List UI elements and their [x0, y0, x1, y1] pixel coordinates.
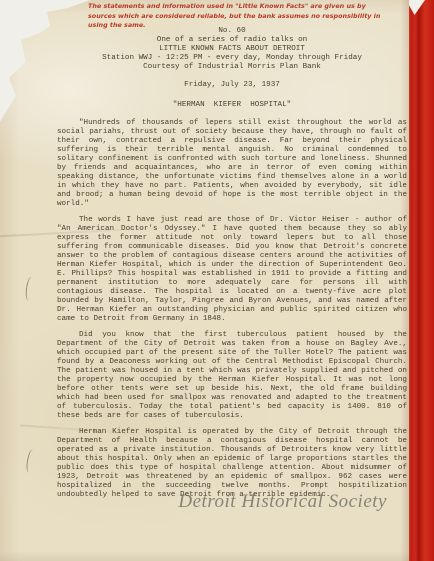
issue-number: No. 60	[57, 27, 407, 36]
red-binding-stripe	[405, 0, 434, 561]
staple-mark-bottom	[25, 448, 37, 473]
watermark: Detroit Historical Society	[178, 491, 387, 513]
text-column: No. 60 One of a series of radio talks on…	[57, 27, 407, 507]
paragraph-first-patient: Did you know that the first tuberculous …	[57, 331, 407, 421]
paper-page: The statements and information used in "…	[0, 0, 409, 561]
date-line: Friday, July 23, 1937	[57, 81, 407, 90]
paragraph-heiser-quote: The words I have just read are those of …	[57, 216, 407, 324]
paragraph-lepers: "Hundreds of thousands of lepers still e…	[57, 119, 407, 209]
talk-title: "HERMAN KIEFER HOSPITAL"	[57, 101, 407, 110]
paragraph-city-operation: Herman Kiefer Hospital is operated by th…	[57, 428, 407, 500]
staple-mark-top	[25, 277, 36, 302]
series-line: One of a series of radio talks on	[57, 36, 407, 45]
courtesy-line: Courtesy of Industrial Morris Plan Bank	[57, 63, 407, 72]
scanned-document: The statements and information used in "…	[0, 0, 434, 561]
document-body: "Hundreds of thousands of lepers still e…	[57, 119, 407, 500]
series-title: LITTLE KNOWN FACTS ABOUT DETROIT	[57, 45, 407, 54]
station-line: Station WWJ - 12:25 PM - every day, Mond…	[57, 54, 407, 63]
